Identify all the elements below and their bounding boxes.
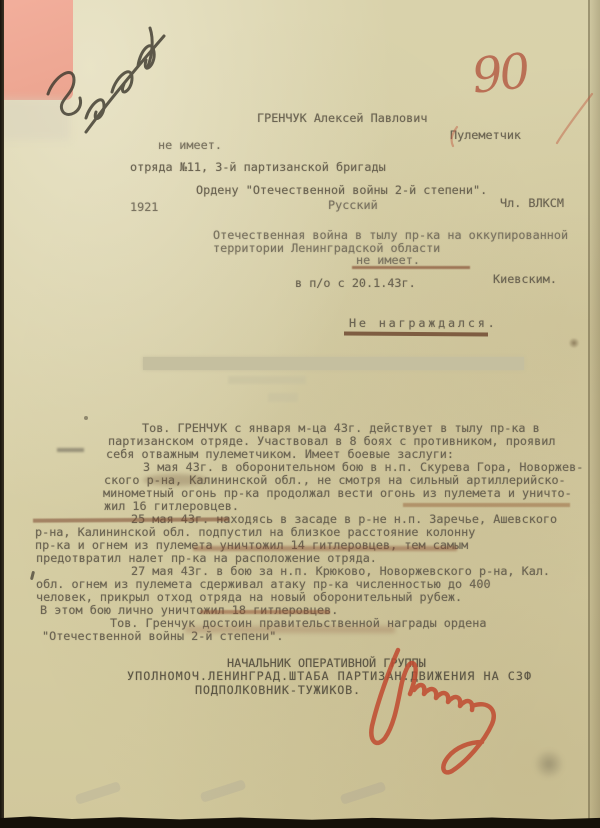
service-since-field: в п/о с 20.1.43г. xyxy=(295,277,416,290)
recipient-position: Пулеметчик xyxy=(450,129,521,142)
paper-speck xyxy=(84,416,88,420)
redaction-band xyxy=(143,357,524,370)
document-page: 90 ГРЕНЧУК Алексей Павлович Пулеметчик н… xyxy=(0,0,600,828)
faint-watermark xyxy=(75,781,122,805)
margin-dash xyxy=(57,448,84,452)
nomination-field: Ордену "Отечественной войны 2-й степени"… xyxy=(196,184,487,197)
birth-year-field: 1921 xyxy=(130,201,158,214)
signatory-name: ПОДПОЛКОВНИК-ТУЖИКОВ. xyxy=(195,684,361,697)
faint-watermark xyxy=(340,781,387,805)
nationality-field: Русский xyxy=(328,199,378,212)
signatory-title-2: УПОЛНОМОЧ.ЛЕНИНГРАД.ШТАБА ПАРТИЗАН.ДВИЖЕ… xyxy=(127,670,532,683)
ink-smudge xyxy=(143,474,208,486)
redaction-smudge-1 xyxy=(228,376,306,384)
pen-underline-4 xyxy=(200,610,330,614)
redaction-smudge-2 xyxy=(268,393,298,402)
unit-field: отряда №11, 3-й партизанской бригады xyxy=(130,161,386,174)
party-status-field: Чл. ВЛКСМ xyxy=(500,197,564,210)
margin-tick xyxy=(30,571,35,580)
awards-field: не имеет. xyxy=(158,139,222,152)
left-page-edge xyxy=(0,0,4,828)
pen-underline-3 xyxy=(193,546,457,551)
faint-watermark xyxy=(200,779,247,803)
drafted-by-field: Киевским. xyxy=(493,273,557,286)
paper-smudge xyxy=(533,750,565,778)
pen-underline-1 xyxy=(403,503,570,507)
previous-awards-field: Не награждался. xyxy=(349,317,498,330)
bottom-page-edge xyxy=(0,810,600,828)
right-edge-shade xyxy=(590,0,600,828)
paper-shade xyxy=(0,98,70,140)
handwritten-page-number: 90 xyxy=(469,43,530,104)
paper-stain xyxy=(568,338,580,348)
red-edge-stroke xyxy=(557,94,592,143)
pink-corner-patch xyxy=(0,0,73,100)
recipient-name: ГРЕНЧУК Алексей Павлович xyxy=(257,112,427,125)
red-underline-wounds xyxy=(352,266,470,269)
pen-smear xyxy=(185,626,395,633)
underline-not-awarded xyxy=(344,331,488,336)
